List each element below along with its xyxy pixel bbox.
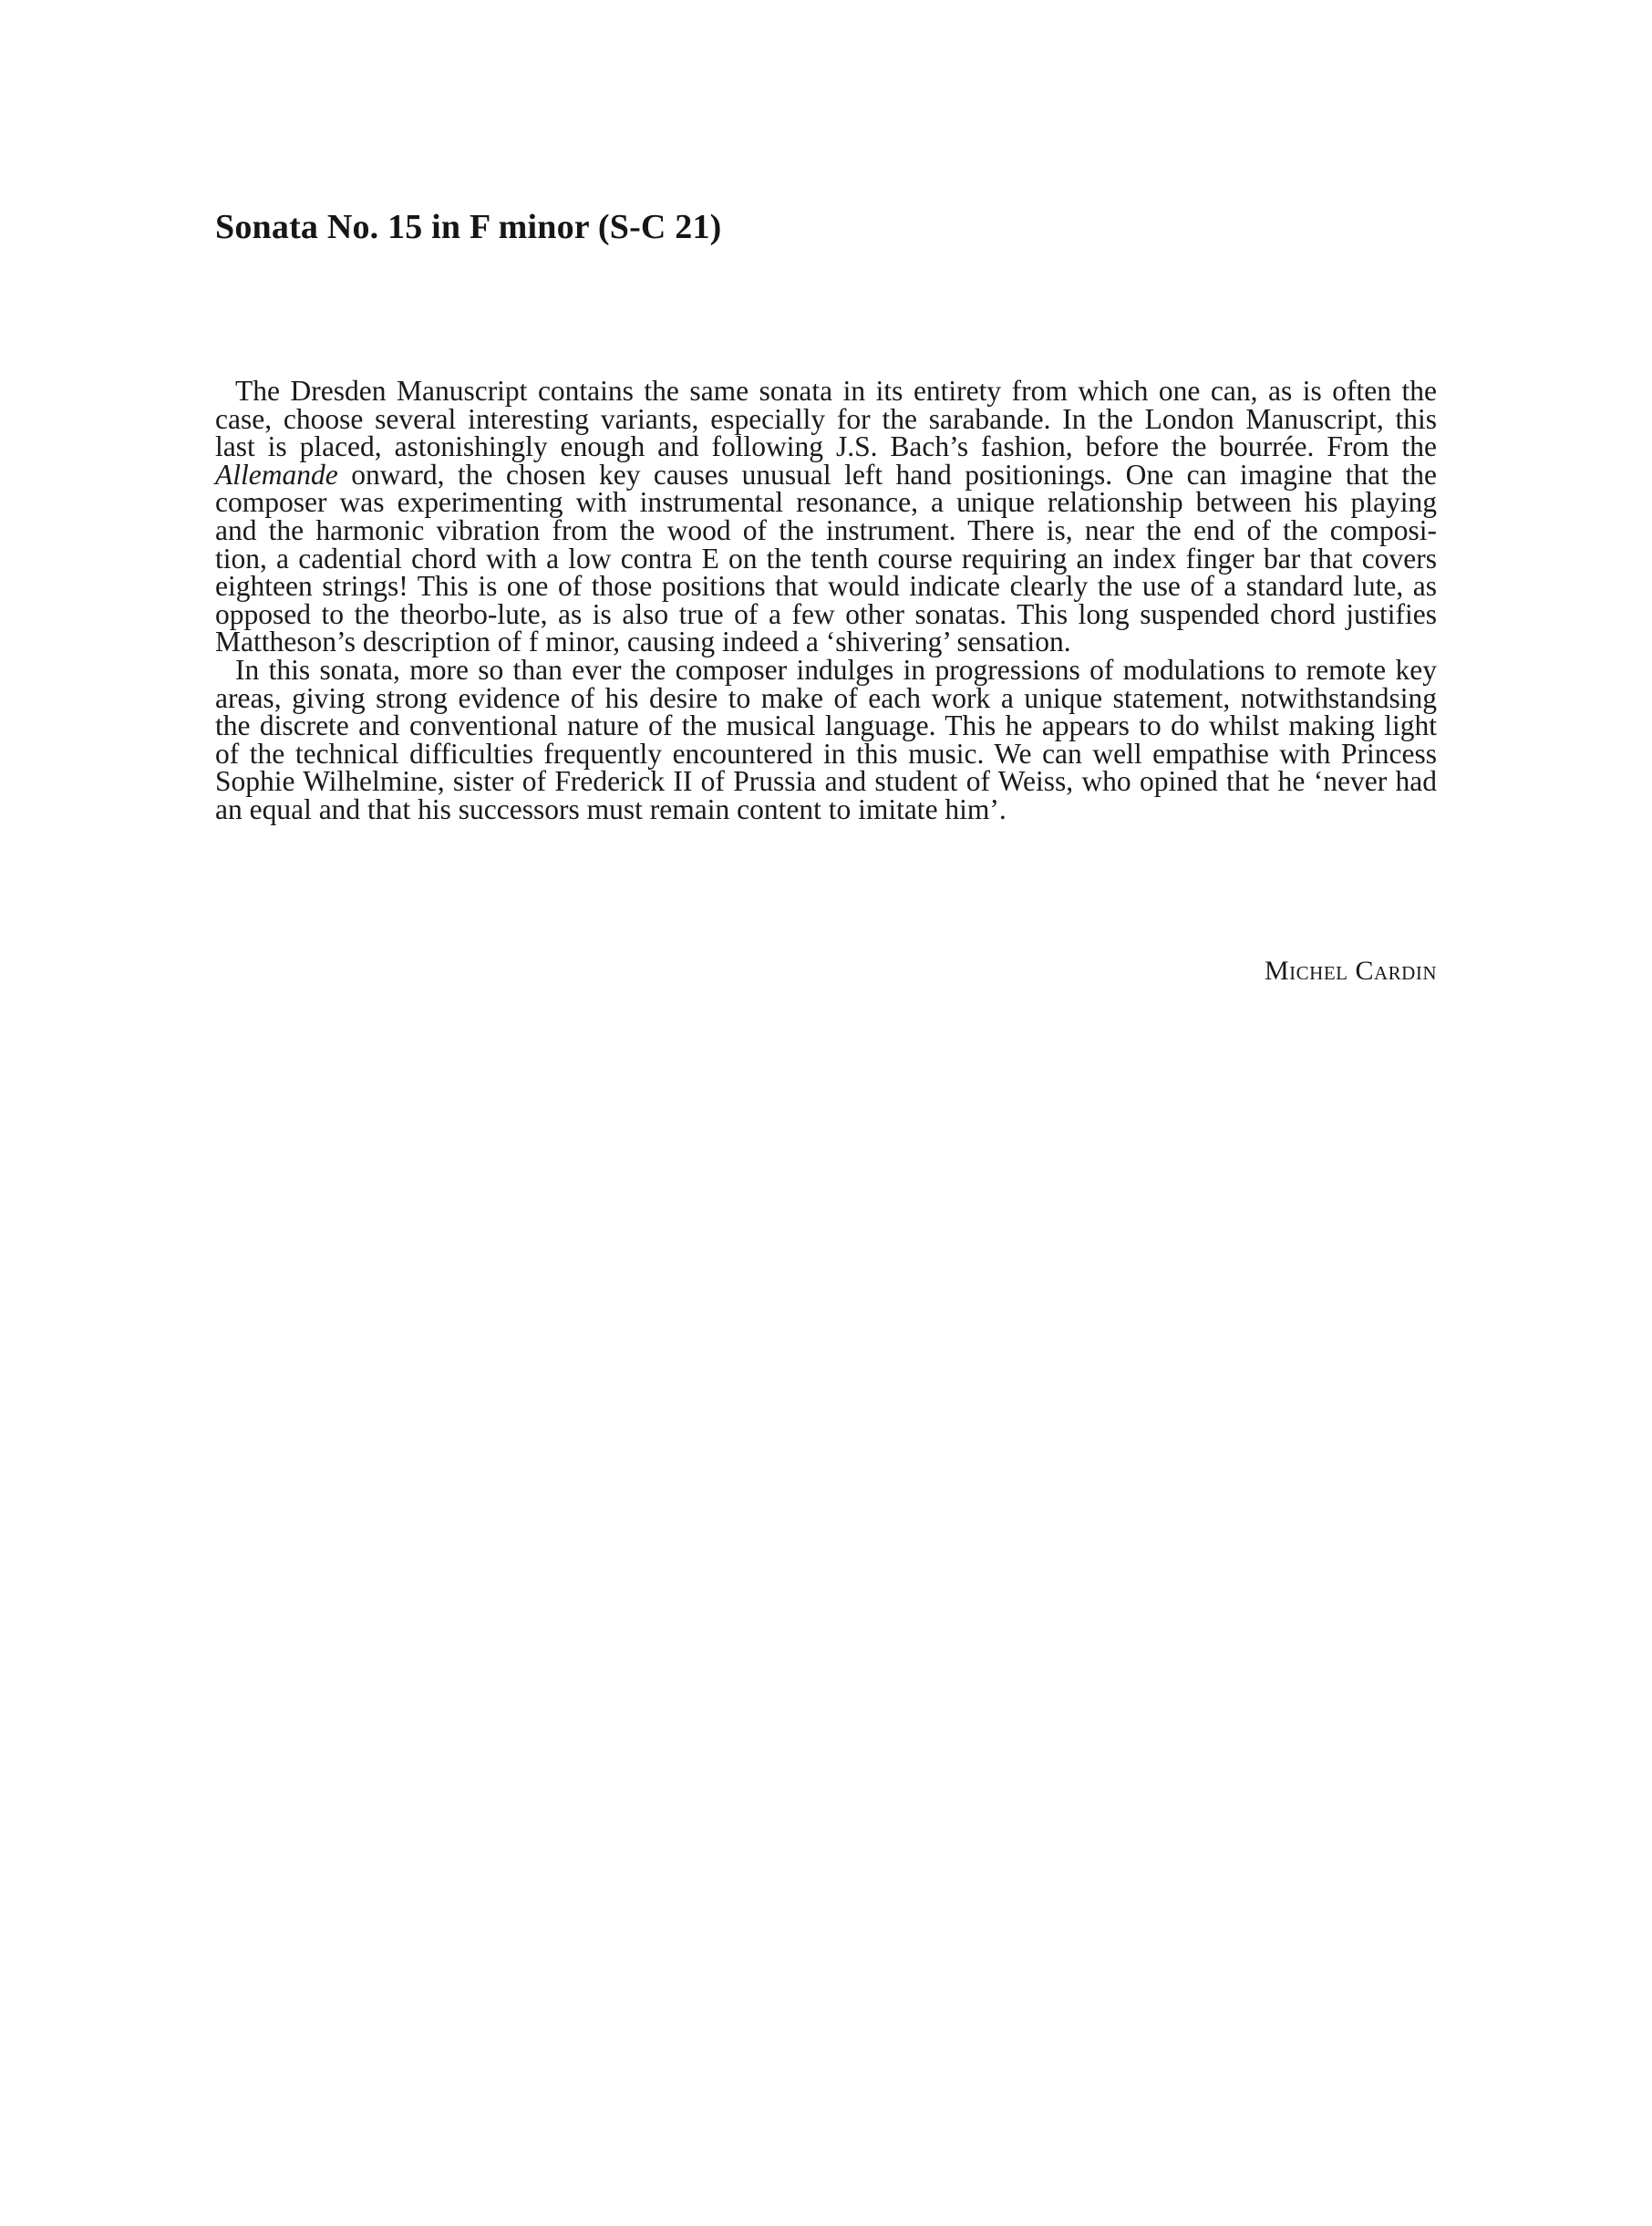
text-line: The Dresden Manuscript contains the same… bbox=[215, 378, 1437, 406]
text-line: In this sonata, more so than ever the co… bbox=[215, 657, 1437, 685]
text-line: an equal and that his successors must re… bbox=[215, 796, 1437, 824]
text-line: and the harmonic vibration from the wood… bbox=[215, 517, 1437, 545]
text-line: of the technical difficulties frequently… bbox=[215, 740, 1437, 769]
text-line: Allemande onward, the chosen key causes … bbox=[215, 461, 1437, 490]
author-signature: Michel Cardin bbox=[1094, 955, 1437, 988]
text-line: last is placed, astonishingly enough and… bbox=[215, 433, 1437, 461]
text-line: opposed to the theorbo-lute, as is also … bbox=[215, 601, 1437, 629]
text-line: tion, a cadential chord with a low contr… bbox=[215, 545, 1437, 574]
text-line: the discrete and conventional nature of … bbox=[215, 712, 1437, 740]
text-line: Mattheson’s description of f minor, caus… bbox=[215, 628, 1437, 657]
text-line: areas, giving strong evidence of his des… bbox=[215, 685, 1437, 713]
text-line: Sophie Wilhelmine, sister of Frederick I… bbox=[215, 768, 1437, 796]
paragraph-2: In this sonata, more so than ever the co… bbox=[215, 657, 1437, 824]
document-page: Sonata No. 15 in F minor (S-C 21) The Dr… bbox=[0, 0, 1652, 2226]
body-text: The Dresden Manuscript contains the same… bbox=[215, 378, 1437, 824]
line-text: an equal and that his successors must re… bbox=[215, 793, 1007, 825]
text-line: eighteen strings! This is one of those p… bbox=[215, 573, 1437, 601]
text-line: composer was experimenting with instrume… bbox=[215, 489, 1437, 517]
page-title: Sonata No. 15 in F minor (S-C 21) bbox=[215, 206, 722, 248]
text-line: case, choose several interesting variant… bbox=[215, 406, 1437, 434]
paragraph-1: The Dresden Manuscript contains the same… bbox=[215, 378, 1437, 657]
